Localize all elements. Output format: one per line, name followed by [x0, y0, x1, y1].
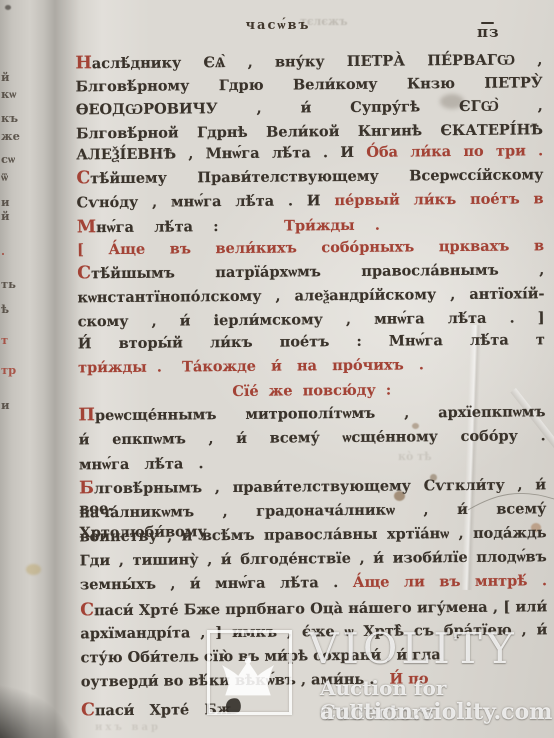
body-text: мнѡ́га лѣ́та .: [79, 455, 204, 473]
facing-page-fragment: и: [1, 195, 10, 209]
rubric-text: М: [77, 217, 96, 237]
body-text: Сѵно́ду , мнѡ́га лѣ́та . И: [77, 192, 335, 211]
body-text: скому , и́ іерли́мскому , мнѡ́га лѣ́та .…: [78, 309, 545, 330]
text-line: скому , и́ іерли́мскому , мнѡ́га лѣ́та .…: [78, 308, 545, 332]
facing-page-fragment: къ: [1, 111, 18, 125]
text-line: мнѡ́га лѣ́та .: [79, 451, 546, 475]
facing-page-fragment: ть: [1, 277, 16, 291]
facing-page-fragment: й: [1, 209, 10, 223]
body-text: Блговѣ́рному Гдрю Вели́кому Кнзю ПЕТРУ̀: [76, 74, 543, 95]
rubric-text: С: [81, 700, 95, 720]
body-text: паси́ Хрте́ Бж: [95, 701, 232, 719]
text-line: И́ вторы́й ли́къ пое́тъ : Мнѡ́га лѣ́та т: [78, 330, 545, 354]
rubric-text: Н: [75, 53, 92, 73]
text-line: Мнѡ́га лѣ́та : Три́жды .: [77, 213, 544, 238]
body-text: тѣ́йшымъ патрїа́рхѡмъ правосла́внымъ ,: [91, 261, 544, 282]
book-photo: тєлєжъ ко̀ тѣ ихъ вар часѡ́въ пз Наслѣ́д…: [0, 0, 554, 738]
text-line: Стѣ́йшему Прави́телствующему Всерѡссі́йс…: [76, 164, 543, 189]
rubric-text: пе́рвый ли́къ пое́тъ в: [334, 190, 543, 209]
body-text: нѡ́га лѣ́та :: [96, 218, 219, 236]
text-line: земны́хъ , и́ мнѡ́га лѣ́та . А́ще ли въ …: [80, 571, 547, 595]
text-line: Стѣ́йшымъ патрїа́рхѡмъ правосла́внымъ ,: [77, 259, 544, 284]
text-line: сту́ю Оби́тель сїю̀ въ ми́рѣ сохрани́ , …: [81, 644, 548, 668]
facing-page-fragment: ѿ: [1, 170, 8, 184]
text-line: [ А́ще въ вели́кихъ собо́рныхъ црквахъ в: [77, 236, 544, 260]
body-text: и́ епкпѡмъ , и́ всему́ ѡсще́нному собо́р…: [79, 427, 546, 448]
body-text: тѣ́йшему Прави́телствующему Всерѡссі́йск…: [90, 166, 543, 187]
text-line: Спаси́ Хрте́ Бже прпбнаго Оца̀ на́шего и…: [80, 596, 547, 621]
rubric-text: С: [77, 263, 91, 283]
rubric-text: три́жды . Та́кожде и́ на про́чихъ .: [78, 356, 424, 376]
facing-page-fragment: же: [1, 129, 20, 143]
text-line: Наслѣ́днику ЄѦ̀ , вну́ку ПЕТРА̀ ПЕ́РВАГѠ…: [75, 49, 542, 74]
body-text: во́инству , и́ всѣ́мъ правосла́вны хртїа…: [79, 524, 546, 545]
facing-page-fragment: т: [1, 333, 8, 347]
text-line: и́ епкпѡмъ , и́ всему́ ѡсще́нному собо́р…: [79, 426, 546, 450]
rubric-text: Сїе́ же повсю́ду :: [232, 382, 391, 400]
text-line: Гди , тишину̀ , и́ блгоде́нствїе , и́ из…: [80, 547, 547, 571]
text-line: Блговѣ́рной Гдрнѣ Вели́кой Кнгинѣ ЄКАТЕР…: [76, 120, 543, 144]
facing-page-fragment: ѣ: [1, 302, 9, 316]
rubric-text: С: [80, 600, 94, 620]
rubric-text: О́ба ли́ка по три .: [366, 142, 543, 161]
text-line: АЛЕѮІ́ЕВНѢ , Мнѡ́га лѣ́та . И О́ба ли́ка…: [76, 141, 543, 165]
body-text: земны́хъ , и́ мнѡ́га лѣ́та .: [80, 574, 353, 593]
text-line: Преѡсще́ннымъ митрополі́тѡмъ , архїепкпѡ…: [78, 401, 545, 426]
text-line: Блговѣ́рному Гдрю Вели́кому Кнзю ПЕТРУ̀: [76, 73, 543, 97]
text-line: Спаси́ Хрте́ Бж: [81, 696, 548, 721]
rubric-text: С: [76, 168, 90, 188]
body-text: кѡнстантїнопо́лскому , алеѯандрі́йскому …: [77, 285, 544, 306]
rubric-text: П: [78, 405, 95, 425]
rubric-text: Б: [79, 478, 94, 498]
text-line: Сѵно́ду , мнѡ́га лѣ́та . И пе́рвый ли́къ…: [77, 189, 544, 213]
rubric-text: И́ по: [389, 670, 428, 687]
facing-page-fragment: й: [1, 70, 10, 84]
text-line: Сїе́ же повсю́ду :: [78, 379, 545, 403]
text-line: во́инству , и́ всѣ́мъ правосла́вны хртїа…: [79, 523, 546, 547]
text-line: три́жды . Та́кожде и́ на про́чихъ .: [78, 354, 545, 378]
facing-page-fragment: кѡ: [1, 87, 16, 101]
facing-page-fragment: тр: [1, 363, 16, 377]
body-text: паси́ Хрте́ Бже прпбнаго Оца̀ на́шего иг…: [94, 598, 547, 619]
text-line: архїмандрі́та , ] имкъ , є́же ѡ Хртѣ̀ съ…: [80, 620, 547, 644]
body-text: ѲЕОДѠРОВИЧУ , и́ Супру́гѣ ЄГѠ̀ ,: [76, 97, 543, 118]
body-text: Гди , тишину̀ , и́ блгоде́нствїе , и́ из…: [80, 548, 547, 569]
rubric-text: Три́жды .: [218, 217, 380, 235]
body-text: АЛЕѮІ́ЕВНѢ , Мнѡ́га лѣ́та . И: [76, 144, 366, 164]
facing-page-fragment: сѡ: [1, 152, 15, 166]
rubric-text: [ А́ще въ вели́кихъ собо́рныхъ црквахъ в: [77, 237, 544, 258]
body-text: реѡсще́ннымъ митрополі́тѡмъ , архїепкпѡм…: [95, 403, 546, 424]
body-text: Блговѣ́рной Гдрнѣ Вели́кой Кнгинѣ ЄКАТЕР…: [76, 121, 543, 142]
body-text: оутверди́ во вѣ́ки вѣкѡ́въ , ами́нь .: [81, 671, 390, 691]
margin-fragments: йкѡкъжесѡѿий·тьѣттри: [0, 0, 40, 738]
body-text: И́ вторы́й ли́къ пое́тъ : Мнѡ́га лѣ́та т: [78, 331, 545, 352]
body-text: архїмандрі́та , ] имкъ , є́же ѡ Хртѣ̀ съ…: [80, 621, 547, 642]
body-text: аслѣ́днику ЄѦ̀ , вну́ку ПЕТРА̀ ПЕ́РВАГѠ …: [92, 51, 543, 72]
text-line: оутверди́ во вѣ́ки вѣкѡ́въ , ами́нь . И́…: [81, 668, 548, 692]
text-line: ѲЕОДѠРОВИЧУ , и́ Супру́гѣ ЄГѠ̀ ,: [76, 96, 543, 120]
text-block: Наслѣ́днику ЄѦ̀ , вну́ку ПЕТРА̀ ПЕ́РВАГѠ…: [75, 0, 548, 738]
rubric-text: А́ще ли въ мнтрѣ́ .: [353, 572, 547, 591]
facing-page-fragment: и: [1, 398, 10, 412]
facing-page-fragment: ·: [1, 247, 5, 261]
body-text: сту́ю Оби́тель сїю̀ въ ми́рѣ сохрани́ , …: [81, 646, 441, 666]
text-line: кѡнстантїнопо́лскому , алеѯандрі́йскому …: [77, 284, 544, 308]
